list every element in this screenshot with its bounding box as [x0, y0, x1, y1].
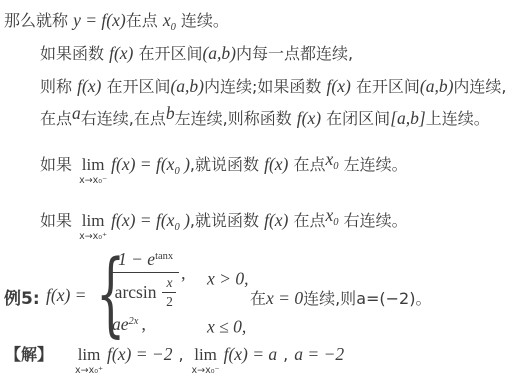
text-run: 左连续。 [339, 152, 408, 175]
math-fx-equals: f(x) = [46, 285, 86, 306]
limit-left-solution: lim x→x₀⁻ [192, 346, 220, 375]
text-run: 内连续;如果函数 [204, 74, 326, 97]
limit-right: lim x→x₀⁺ [79, 212, 107, 241]
limit-subscript: x→x₀⁻ [192, 366, 220, 376]
math-fx: f(x) [297, 108, 321, 129]
text-run: 连续,则 [303, 286, 356, 309]
solution-label: 【解】 [5, 342, 53, 365]
math-x-equals-0: x = 0 [266, 288, 303, 309]
subscript-0: 0 [174, 166, 179, 177]
piecewise-brace-icon: { [96, 246, 107, 342]
text-run: 内连续, [453, 74, 506, 97]
small-fraction-x-over-2: x 2 [162, 275, 176, 309]
text-run: 如果 [40, 208, 77, 231]
limit-word: lim [78, 346, 101, 364]
answer-a-equals: a=(−2) [356, 289, 415, 308]
math-ae: ae [112, 314, 129, 335]
text-run: 在开区间 [351, 74, 420, 97]
superscript-2x: 2x [129, 316, 139, 327]
solution-line: 【解】 lim x→x₀⁺ f(x) = −2 , lim x→x₀⁻ f(x)… [5, 342, 344, 375]
text-run: 右连续。 [339, 208, 408, 231]
text-run: 上连续。 [426, 106, 490, 129]
fraction: 1 − etanx arcsin x 2 [112, 249, 179, 309]
text-run: 在点 [126, 8, 163, 31]
text-run: 左连续,则称函数 [175, 106, 297, 129]
text-run: 如果 [40, 152, 77, 175]
text-run: ,就说函数 [190, 208, 264, 231]
document-page: 那么就称 y = f(x) 在点 x0 连续。 如果函数 f(x) 在开区间 (… [0, 0, 515, 376]
paragraph-intro: 那么就称 y = f(x) 在点 x0 连续。 [4, 8, 229, 31]
example-conclusion: 在 x = 0 连续,则 a=(−2) 。 [250, 286, 431, 309]
math-close-paren: ) [180, 210, 190, 231]
condition-x-positive: x > 0, [207, 269, 248, 290]
text-run: 在开区间 [133, 41, 202, 64]
subscript-0: 0 [174, 222, 179, 233]
fraction-numerator: 1 − etanx [112, 249, 179, 273]
text-run: 则称 [40, 74, 77, 97]
paragraph-right-continuity: 如果 lim x→x₀⁺ f(x) = f(x0 ) ,就说函数 f(x) 在点… [40, 208, 408, 241]
condition-x-nonpositive: x ≤ 0, [207, 317, 246, 338]
subscript-0: 0 [333, 161, 338, 172]
text-run: 在点 [288, 208, 325, 231]
math-arcsin: arcsin [115, 282, 157, 303]
text-run: 在开区间 [101, 74, 170, 97]
math-interval-ab-closed: [a,b] [390, 108, 426, 129]
math-fx-equals-fx0: f(x) = f(x [111, 154, 174, 175]
text-run: 那么就称 [4, 8, 73, 31]
paragraph-open-interval-1: 如果函数 f(x) 在开区间 (a,b) 内每一点都连续, [40, 41, 353, 64]
math-fx: f(x) [327, 76, 351, 97]
limit-word: lim [82, 212, 105, 230]
text-run: 如果函数 [40, 41, 109, 64]
comma: , [181, 263, 185, 284]
separator-comma: , [283, 345, 288, 364]
paragraph-open-interval-2: 则称 f(x) 在开区间 (a,b) 内连续;如果函数 f(x) 在开区间 (a… [40, 74, 507, 97]
limit-word: lim [194, 346, 217, 364]
subscript-0: 0 [171, 22, 176, 33]
text-run: 在闭区间 [321, 106, 390, 129]
math-b: b [166, 103, 175, 124]
separator-comma: , [178, 345, 183, 364]
text-run: 在点 [288, 152, 325, 175]
fraction-denominator: arcsin x 2 [115, 273, 177, 309]
paragraph-left-continuity: 如果 lim x→x₀⁻ f(x) = f(x0 ) ,就说函数 f(x) 在点… [40, 152, 408, 185]
piecewise-case-2: ae2x , x ≤ 0, [112, 314, 332, 340]
math-fx: f(x) [264, 154, 288, 175]
math-x0-raised: x0 [325, 205, 338, 226]
math-a: a [72, 103, 81, 124]
text-run: ,就说函数 [190, 152, 264, 175]
math-a-equals-minus2: a = −2 [294, 344, 344, 365]
comma: , [141, 314, 145, 335]
math-fx-equals-a: f(x) = a [224, 344, 278, 365]
limit-word: lim [82, 156, 105, 174]
math-fx: f(x) [77, 76, 101, 97]
limit-subscript: x→x₀⁺ [75, 366, 103, 376]
math-close-paren: ) [180, 154, 190, 175]
math-interval-ab: (a,b) [420, 76, 454, 97]
text-run: 内每一点都连续, [236, 41, 353, 64]
math-x0-raised: x0 [325, 149, 338, 170]
math-fx-equals-minus2: f(x) = −2 [107, 344, 172, 365]
example-label-text: 例5: [4, 284, 40, 309]
limit-subscript: x→x₀⁻ [79, 176, 107, 186]
math-fx-equals-fx0: f(x) = f(x [111, 210, 174, 231]
limit-left: lim x→x₀⁻ [79, 156, 107, 185]
text-run: 在 [250, 286, 266, 309]
small-fraction-numerator: x [162, 275, 176, 293]
math-fx: f(x) [109, 43, 133, 64]
subscript-0: 0 [333, 217, 338, 228]
superscript-tanx: tanx [155, 251, 173, 262]
example-fx-equals: f(x) = [46, 285, 86, 306]
limit-right-solution: lim x→x₀⁺ [75, 346, 103, 375]
math-1-minus-e: 1 − e [118, 249, 155, 270]
math-y-equals-fx: y = f(x) [73, 10, 126, 31]
text-run: 连续。 [176, 8, 229, 31]
math-x0: x [163, 10, 171, 31]
small-fraction-denominator: 2 [166, 293, 173, 310]
math-fx: f(x) [264, 210, 288, 231]
paragraph-closed-interval: 在点 a 右连续,在点 b 左连续,则称函数 f(x) 在闭区间 [a,b] 上… [40, 106, 490, 129]
text-run: 。 [415, 286, 431, 309]
example-label: 例5: [4, 284, 40, 309]
text-run: 在点 [40, 106, 72, 129]
math-interval-ab: (a,b) [202, 43, 236, 64]
text-run: 右连续,在点 [81, 106, 166, 129]
math-interval-ab: (a,b) [170, 76, 204, 97]
